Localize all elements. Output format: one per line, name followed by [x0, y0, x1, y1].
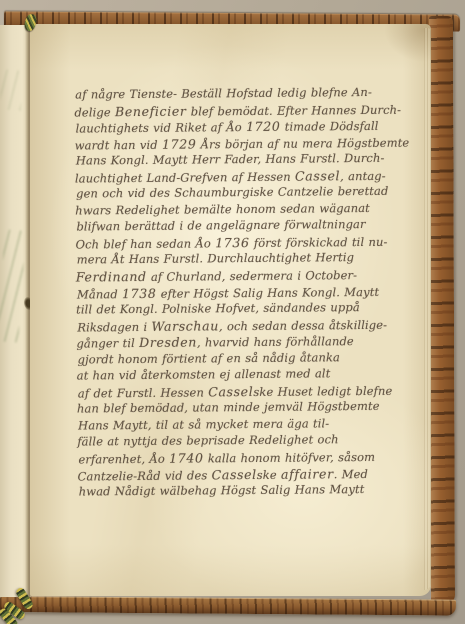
manuscript-photo: af någre Tienste- Beställ Hofstad ledig …: [0, 0, 465, 624]
manuscript-page: af någre Tienste- Beställ Hofstad ledig …: [30, 24, 431, 596]
handwritten-text-block: af någre Tienste- Beställ Hofstad ledig …: [74, 84, 424, 501]
page-block-edge: [424, 28, 431, 590]
handwritten-line: hwad Nådigt wälbehag Högst Salig Hans Ma…: [79, 482, 425, 502]
ink-show-through: [0, 69, 23, 110]
book-cover-bottom-edge: [0, 596, 456, 616]
book-cover-right-edge: [429, 16, 455, 604]
